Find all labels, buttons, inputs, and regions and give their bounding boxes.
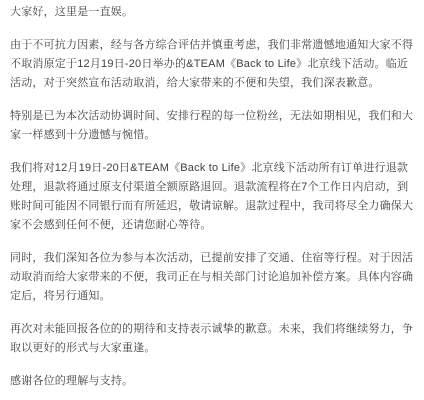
thanks-line: 感谢各位的理解与支持。 xyxy=(10,372,414,391)
cancellation-notice-paragraph: 由于不可抗力因素，经与各方综合评估并慎重考虑，我们非常遗憾地通知大家不得不取消原… xyxy=(10,36,414,93)
closing-apology-paragraph: 再次对未能回报各位的的期待和支持表示诚挚的歉意。未来，我们将继续努力，争取以更好… xyxy=(10,320,414,358)
fan-apology-paragraph: 特别是已为本次活动协调时间、安排行程的每一位粉丝，无法如期相见，我们和大家一样感… xyxy=(10,107,414,145)
announcement-document: 大家好，这里是一直娱。 由于不可抗力因素，经与各方综合评估并慎重考虑，我们非常遗… xyxy=(0,0,424,400)
refund-policy-paragraph: 我们将对12月19日-20日&TEAM《Back to Life》北京线下活动所… xyxy=(10,159,414,235)
greeting-line: 大家好，这里是一直娱。 xyxy=(10,3,414,22)
compensation-plan-paragraph: 同时，我们深知各位为参与本次活动，已提前安排了交通、住宿等行程。对于因活动取消而… xyxy=(10,249,414,306)
